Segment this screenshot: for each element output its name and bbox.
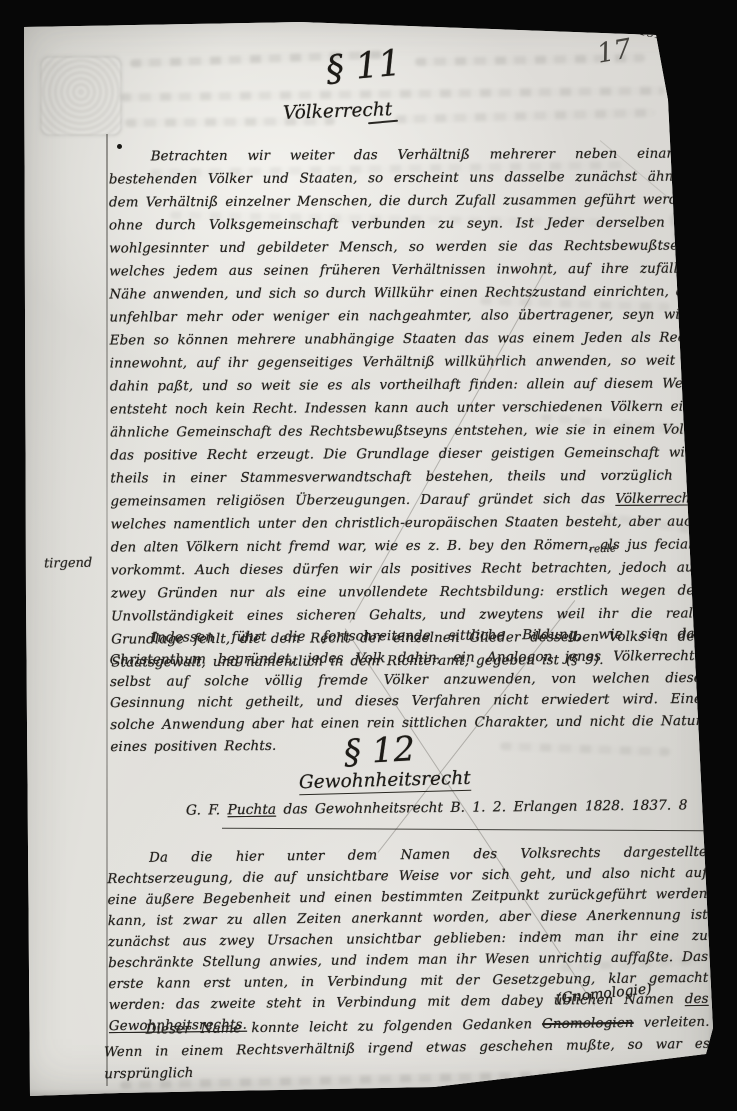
folio-number: 17	[595, 33, 634, 69]
manuscript-page: 17 151 § 11 Völkerrecht Betrachten wir w…	[0, 0, 737, 1111]
section-11-number: § 11	[324, 43, 403, 90]
citation-text: G. F.	[186, 802, 228, 818]
struck-word: Gnomologien	[542, 1016, 634, 1032]
section-12-paragraph-1: Da die hier unter dem Namen des Volksrec…	[107, 842, 709, 1037]
citation-author: Puchta	[227, 802, 276, 819]
bleedthrough-texture	[395, 109, 655, 124]
section-12-number: § 12	[343, 729, 416, 773]
bleedthrough-texture	[120, 87, 665, 102]
corner-number: 151	[639, 24, 663, 42]
citation-text: das Gewohnheitsrecht B. 1. 2. Erlangen 1…	[276, 797, 688, 817]
section-11-paragraph-1: Betrachten wir weiter das Verhältniß meh…	[109, 142, 702, 674]
section-12-paragraph-2: Dieser Name konnte leicht zu folgenden G…	[104, 1012, 711, 1086]
paragraph-text: Betrachten wir weiter das Verhältniß meh…	[109, 146, 701, 509]
blind-stamp	[40, 56, 122, 136]
bleedthrough-texture	[692, 379, 708, 469]
paragraph-text: Dieser Name konnte leicht zu folgenden G…	[146, 1017, 543, 1038]
photograph-background: 17 151 § 11 Völkerrecht Betrachten wir w…	[0, 0, 737, 1111]
literature-citation: G. F. Puchta das Gewohnheitsrecht B. 1. …	[186, 797, 688, 818]
underlined-word: Völkerrecht,	[615, 491, 700, 506]
section-12-title: Gewohnheitsrecht	[299, 768, 471, 795]
margin-note: tirgend	[44, 556, 93, 572]
citation-underline-rule	[222, 828, 711, 832]
section-11-title: Völkerrecht	[283, 99, 393, 124]
interlinear-correction: reale	[589, 543, 616, 556]
